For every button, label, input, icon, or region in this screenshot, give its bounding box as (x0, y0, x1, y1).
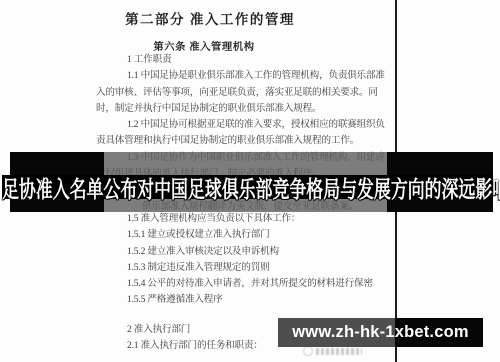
doc-line: 责具体管理和执行中国足协制定的职业俱乐部准入规程的工作。 (96, 133, 396, 149)
stamp-logo-icon (303, 346, 313, 356)
stamp-blurred-text (316, 348, 362, 355)
doc-line: 1.5.4 公平的对待准入申请者，并对其所提交的材料进行保密 (96, 276, 396, 292)
doc-line: 1.5.5 严格遵循准入程序 (96, 292, 396, 308)
doc-line: 1.5 准入管理机构应当负责以下具体工作： (96, 211, 396, 227)
doc-section-title: 第六条 准入管理机构 (8, 38, 400, 53)
screenshot-root: 第二部分 准入工作的管理 第六条 准入管理机构 1 工作职责 1.1 中国足协是… (0, 0, 500, 362)
doc-line: 1.5.2 建立准入审核决定以及申诉机构 (96, 244, 396, 260)
doc-line: 1.2 中国足协可根据亚足联的准入要求，授权相应的联赛组织负 (96, 117, 396, 133)
doc-line: 1.5.1 建立或授权建立准入执行部门 (96, 227, 396, 243)
doc-line: 1.1 中国足协是职业俱乐部准入工作的管理机构，负责俱乐部准 (96, 68, 396, 84)
illegible-stamp (303, 346, 362, 356)
watermark-url-banner[interactable]: www.zh-hk-1xbet.com (278, 318, 483, 347)
doc-part-title: 第二部分 准入工作的管理 (14, 8, 406, 28)
doc-line: 1 工作职责 (96, 52, 396, 68)
doc-line: 时，制定并执行中国足协制定的职业俱乐部准入规程。 (96, 101, 396, 117)
doc-line: 1.5.3 制定违反准入管理规定的罚则 (96, 260, 396, 276)
headline-text: 足协准入名单公布对中国足球俱乐部竞争格局与发展方向的深远影响 (2, 175, 500, 199)
doc-line: 入的审核、评估等事项，向亚足联负责，落实亚足联的相关要求。同 (96, 85, 396, 101)
doc-paragraph-group-b: 1.5 准入管理机构应当负责以下具体工作： 1.5.1 建立或授权建立准入执行部… (96, 211, 396, 309)
